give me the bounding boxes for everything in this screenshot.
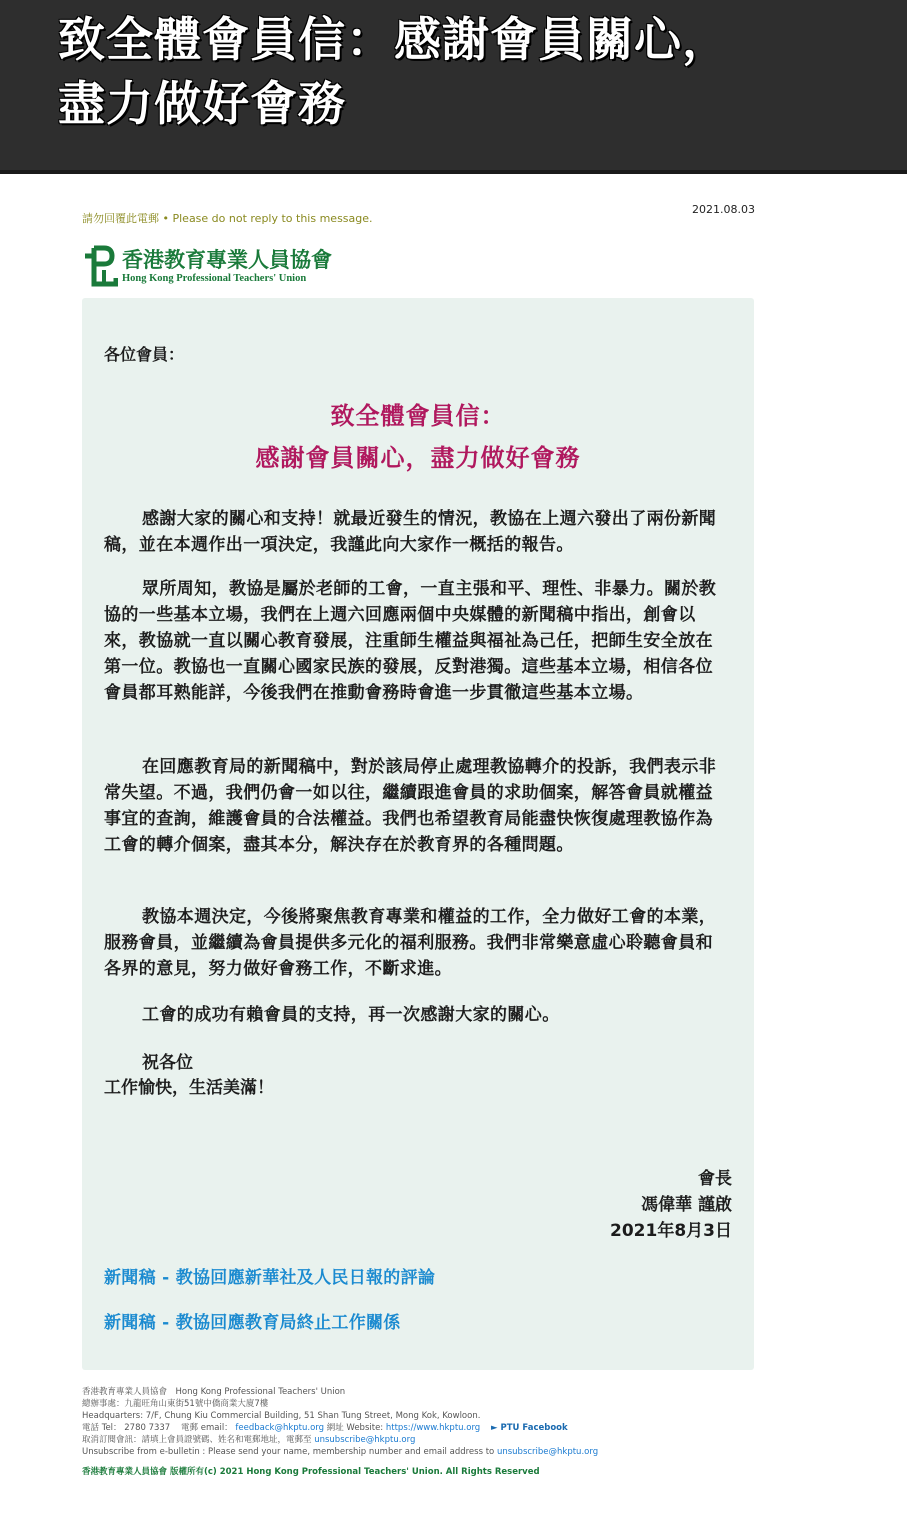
footer-copyright: 香港教育專業人員協會 版權所有(c) 2021 Hong Kong Profes… xyxy=(82,1466,642,1478)
footer-hq-en: Headquarters: 7/F, Chung Kiu Commercial … xyxy=(82,1410,642,1422)
headline-line-1: 致全體會員信：感謝會員關心， xyxy=(58,12,730,70)
footer-contact: 電話 Tel： 2780 7337 電郵 email： feedback@hkp… xyxy=(82,1422,642,1434)
signature-date: 2021年8月3日 xyxy=(610,1216,732,1241)
email-footer: 香港教育專業人員協會 Hong Kong Professional Teache… xyxy=(82,1386,642,1478)
email-label: 電郵 email： xyxy=(181,1423,233,1433)
letter-heading-line-2: 感謝會員關心，盡力做好會務 xyxy=(82,438,754,473)
email-date: 2021.08.03 xyxy=(692,203,755,216)
press-release-link-xinhua[interactable]: 新聞稿 - 教協回應新華社及人民日報的評論 xyxy=(104,1263,435,1288)
unsubscribe-text-en: Unsubscribe from e-bulletin : Please sen… xyxy=(82,1447,494,1457)
ptu-logo: 香港教育專業人員協會 Hong Kong Professional Teache… xyxy=(82,244,362,290)
paragraph: 在回應教育局的新聞稿中，對於該局停止處理教協轉介的投訴，我們表示非常失望。不過，… xyxy=(104,754,724,858)
salutation: 各位會員： xyxy=(104,342,184,365)
footer-hq-zh: 總辦事處：九龍旺角山東街51號中僑商業大廈7樓 xyxy=(82,1398,642,1410)
headline-banner: 致全體會員信：感謝會員關心， 盡力做好會務 xyxy=(0,0,907,174)
tel-number: 2780 7337 xyxy=(124,1423,170,1433)
paragraph: 工會的成功有賴會員的支持，再一次感謝大家的關心。 xyxy=(104,1002,724,1028)
facebook-link[interactable]: ► PTU Facebook xyxy=(491,1423,568,1433)
press-release-link-edb[interactable]: 新聞稿 - 教協回應教育局終止工作關係 xyxy=(104,1308,401,1333)
unsubscribe-email-link-en[interactable]: unsubscribe@hkptu.org xyxy=(497,1447,598,1457)
paragraph: 感謝大家的關心和支持！就最近發生的情況，教協在上週六發出了兩份新聞稿，並在本週作… xyxy=(104,506,724,558)
signature-title: 會長 xyxy=(698,1164,732,1189)
no-reply-notice: 請勿回覆此電郵 • Please do not reply to this me… xyxy=(82,210,373,226)
paragraph: 教協本週決定，今後將聚焦教育專業和權益的工作，全力做好工會的本業，服務會員，並繼… xyxy=(104,904,724,982)
tel-label: 電話 Tel： xyxy=(82,1423,122,1433)
unsubscribe-text-zh: 取消訂閱會訊：請填上會員證號碼、姓名和電郵地址，電郵至 xyxy=(82,1435,312,1445)
closing-line-1: 祝各位 xyxy=(142,1048,193,1073)
signature-name: 馮偉華 謹啟 xyxy=(641,1190,732,1215)
letter-heading-line-1: 致全體會員信： xyxy=(82,396,754,431)
letter-body: 各位會員： 致全體會員信： 感謝會員關心，盡力做好會務 感謝大家的關心和支持！就… xyxy=(82,298,754,1370)
logo-name-zh: 香港教育專業人員協會 xyxy=(122,244,332,274)
footer-unsubscribe-zh: 取消訂閱會訊：請填上會員證號碼、姓名和電郵地址，電郵至 unsubscribe@… xyxy=(82,1434,642,1446)
logo-name-en: Hong Kong Professional Teachers' Union xyxy=(122,273,306,284)
website-label: 網址 Website: xyxy=(327,1423,383,1433)
ptu-logo-mark-icon xyxy=(82,244,118,288)
website-link[interactable]: https://www.hkptu.org xyxy=(386,1423,480,1433)
closing-line-2: 工作愉快，生活美滿！ xyxy=(104,1073,274,1098)
unsubscribe-email-link[interactable]: unsubscribe@hkptu.org xyxy=(314,1435,415,1445)
footer-org: 香港教育專業人員協會 Hong Kong Professional Teache… xyxy=(82,1386,642,1398)
footer-unsubscribe-en: Unsubscribe from e-bulletin : Please sen… xyxy=(82,1446,642,1458)
headline-line-2: 盡力做好會務 xyxy=(58,76,346,134)
feedback-email-link[interactable]: feedback@hkptu.org xyxy=(235,1423,324,1433)
paragraph: 眾所周知，教協是屬於老師的工會，一直主張和平、理性、非暴力。關於教協的一些基本立… xyxy=(104,576,724,706)
